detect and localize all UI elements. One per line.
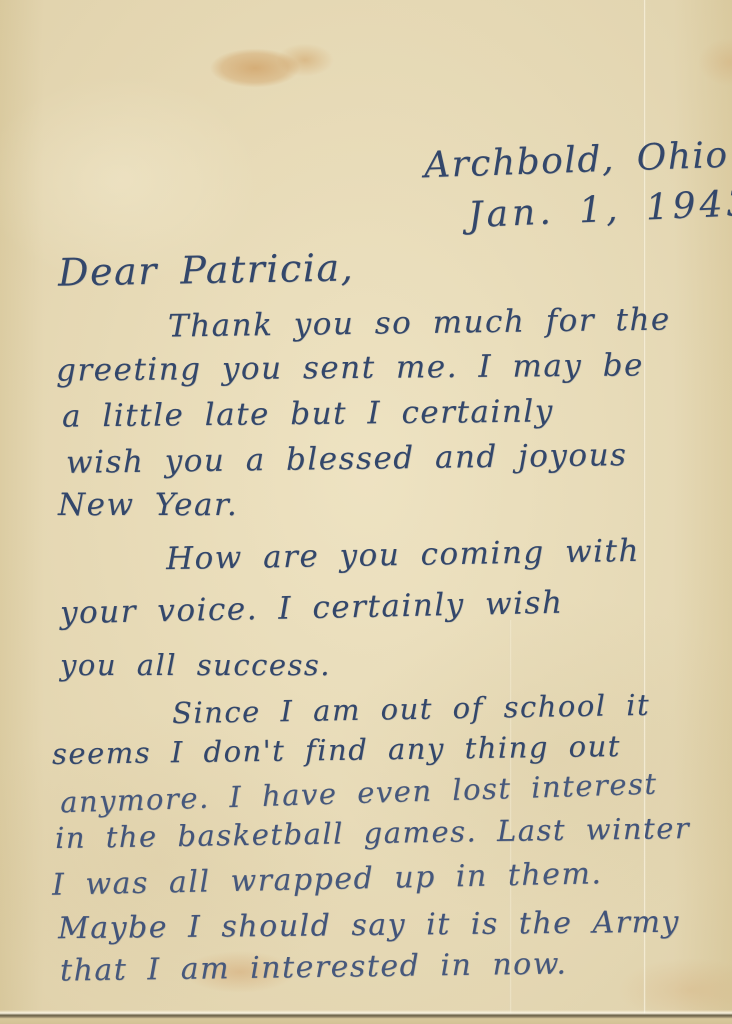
letter-line-p1-5: New Year. bbox=[58, 487, 238, 523]
letter-page: Archbold, Ohio Jan. 1, 1943 Dear Patrici… bbox=[0, 0, 732, 1024]
letter-line-p3-7: that I am interested in now. bbox=[60, 946, 568, 988]
letter-location: Archbold, Ohio bbox=[423, 135, 729, 187]
letter-line-p1-2: greeting you sent me. I may be bbox=[56, 347, 644, 388]
bottom-fold-line bbox=[0, 1010, 732, 1024]
letter-line-p1-3: a little late but I certainly bbox=[62, 393, 554, 434]
letter-line-p3-4: in the basketball games. Last winter bbox=[55, 811, 691, 855]
letter-line-p1-4: wish you a blessed and joyous bbox=[66, 437, 628, 481]
letter-line-p1-1: Thank you so much for the bbox=[168, 301, 671, 344]
letter-line-p3-2: seems I don't find any thing out bbox=[52, 729, 621, 771]
letter-line-p2-3: you all success. bbox=[60, 648, 331, 682]
letter-line-p3-1: Since I am out of school it bbox=[172, 688, 651, 730]
letter-line-p3-3: anymore. I have even lost interest bbox=[60, 767, 658, 820]
letter-date: Jan. 1, 1943 bbox=[467, 183, 732, 236]
letter-salutation: Dear Patricia, bbox=[58, 245, 355, 294]
letter-line-p2-1: How are you coming with bbox=[166, 533, 641, 577]
letter-line-p3-5: I was all wrapped up in them. bbox=[52, 856, 603, 903]
letter-line-p3-6: Maybe I should say it is the Army bbox=[58, 905, 680, 947]
letter-line-p2-2: your voice. I certainly wish bbox=[60, 585, 564, 632]
